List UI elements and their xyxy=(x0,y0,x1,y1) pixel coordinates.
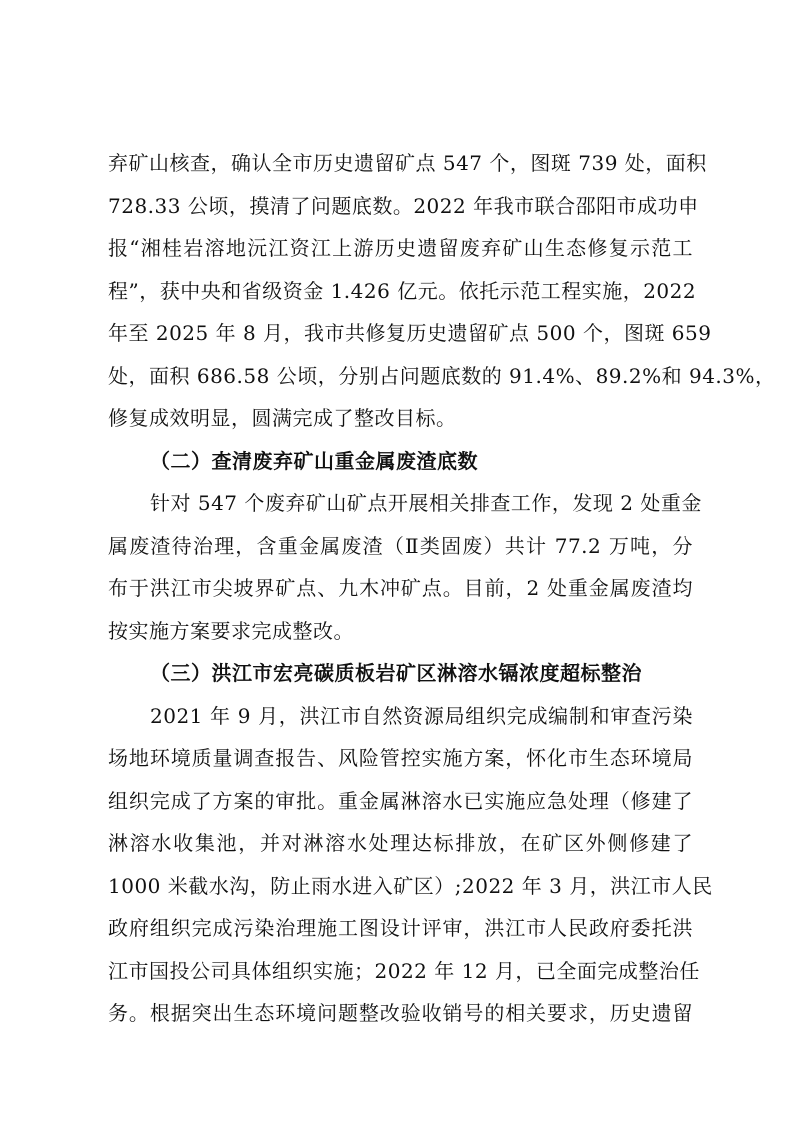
text-line: 处，面积 686.58 公顷，分别占问题底数的 91.4%、89.2%和 94.… xyxy=(108,355,693,398)
text-line: 政府组织完成污染治理施工图设计评审，洪江市人民政府委托洪 xyxy=(108,907,693,950)
heading-section-3: （三）洪江市宏亮碳质板岩矿区淋溶水镉浓度超标整治 xyxy=(108,652,693,695)
text-line: 务。根据突出生态环境问题整改验收销号的相关要求，历史遗留 xyxy=(108,992,693,1035)
document-page: 弃矿山核查，确认全市历史遗留矿点 547 个，图斑 739 处，面积 728.3… xyxy=(108,142,693,1035)
text-line: 1000 米截水沟，防止雨水进入矿区）;2022 年 3 月，洪江市人民 xyxy=(108,865,693,908)
text-line: 淋溶水收集池，并对淋溶水处理达标排放，在矿区外侧修建了 xyxy=(108,822,693,865)
text-line: 按实施方案要求完成整改。 xyxy=(108,610,693,653)
paragraph-cadmium-remediation: 2021 年 9 月，洪江市自然资源局组织完成编制和审查污染 场地环境质量调查报… xyxy=(108,695,693,1035)
heading-section-2: （二）查清废弃矿山重金属废渣底数 xyxy=(108,440,693,483)
text-line: 场地环境质量调查报告、风险管控实施方案，怀化市生态环境局 xyxy=(108,737,693,780)
text-line: 江市国投公司具体组织实施；2022 年 12 月，已全面完成整治任 xyxy=(108,950,693,993)
text-line: 报“湘桂岩溶地沅江资江上游历史遗留废弃矿山生态修复示范工 xyxy=(108,227,693,270)
paragraph-heavy-metal-waste: 针对 547 个废弃矿山矿点开展相关排查工作，发现 2 处重金 属废渣待治理，含… xyxy=(108,482,693,652)
text-line: 属废渣待治理，含重金属废渣（Ⅱ类固废）共计 77.2 万吨，分 xyxy=(108,525,693,568)
text-line: 2021 年 9 月，洪江市自然资源局组织完成编制和审查污染 xyxy=(108,695,693,738)
text-line: 针对 547 个废弃矿山矿点开展相关排查工作，发现 2 处重金 xyxy=(108,482,693,525)
paragraph-restoration-results: 弃矿山核查，确认全市历史遗留矿点 547 个，图斑 739 处，面积 728.3… xyxy=(108,142,693,440)
text-line: 修复成效明显，圆满完成了整改目标。 xyxy=(108,397,693,440)
text-line: 程”，获中央和省级资金 1.426 亿元。依托示范工程实施，2022 xyxy=(108,270,693,313)
text-line: 728.33 公顷，摸清了问题底数。2022 年我市联合邵阳市成功申 xyxy=(108,185,693,228)
text-line: 年至 2025 年 8 月，我市共修复历史遗留矿点 500 个，图斑 659 xyxy=(108,312,693,355)
text-line: 弃矿山核查，确认全市历史遗留矿点 547 个，图斑 739 处，面积 xyxy=(108,142,693,185)
text-line: 布于洪江市尖坡界矿点、九木冲矿点。目前，2 处重金属废渣均 xyxy=(108,567,693,610)
text-line: 组织完成了方案的审批。重金属淋溶水已实施应急处理（修建了 xyxy=(108,780,693,823)
